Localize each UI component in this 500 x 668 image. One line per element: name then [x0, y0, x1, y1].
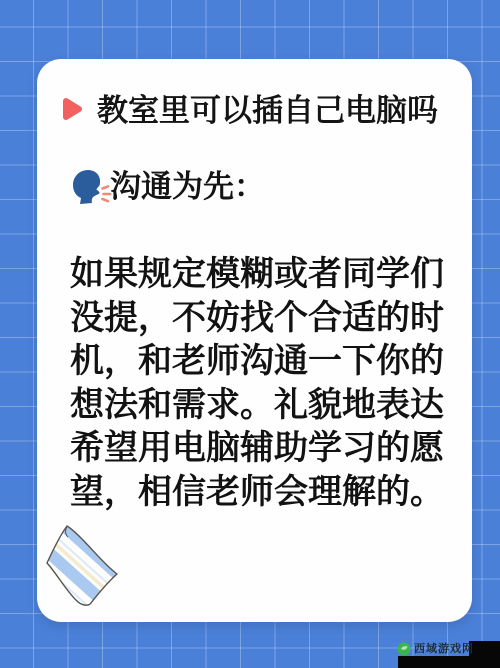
page-background: 教室里可以插自己电脑吗 沟通为先： 如果规定模糊或者同学们 没提，不妨找个合适的… [0, 0, 500, 668]
play-triangle-icon [60, 96, 84, 122]
body-line: 机，和老师沟通一下你的 [70, 340, 468, 384]
green-badge-icon [397, 642, 411, 656]
black-bottom-bar [398, 656, 500, 668]
body-line: 希望用电脑辅助学习的愿 [70, 427, 468, 471]
body-line: 如果规定模糊或者同学们 [70, 253, 468, 297]
body-line: 没提，不妨找个合适的时 [70, 297, 468, 341]
body-line: 望，相信老师会理解的。 [70, 471, 468, 515]
speaking-head-icon [68, 166, 114, 208]
content-card: 教室里可以插自己电脑吗 沟通为先： 如果规定模糊或者同学们 没提，不妨找个合适的… [37, 59, 472, 622]
page-title: 教室里可以插自己电脑吗 [97, 92, 438, 129]
body-line: 想法和需求。礼貌地表达 [70, 384, 468, 428]
watermark-text: 西域游戏网 [414, 642, 474, 656]
watermark: 西域游戏网 [397, 641, 474, 657]
body-text: 如果规定模糊或者同学们 没提，不妨找个合适的时 机，和老师沟通一下你的 想法和需… [70, 253, 468, 514]
section-heading: 沟通为先： [110, 168, 265, 205]
striped-wavy-paper-illustration [44, 520, 122, 610]
